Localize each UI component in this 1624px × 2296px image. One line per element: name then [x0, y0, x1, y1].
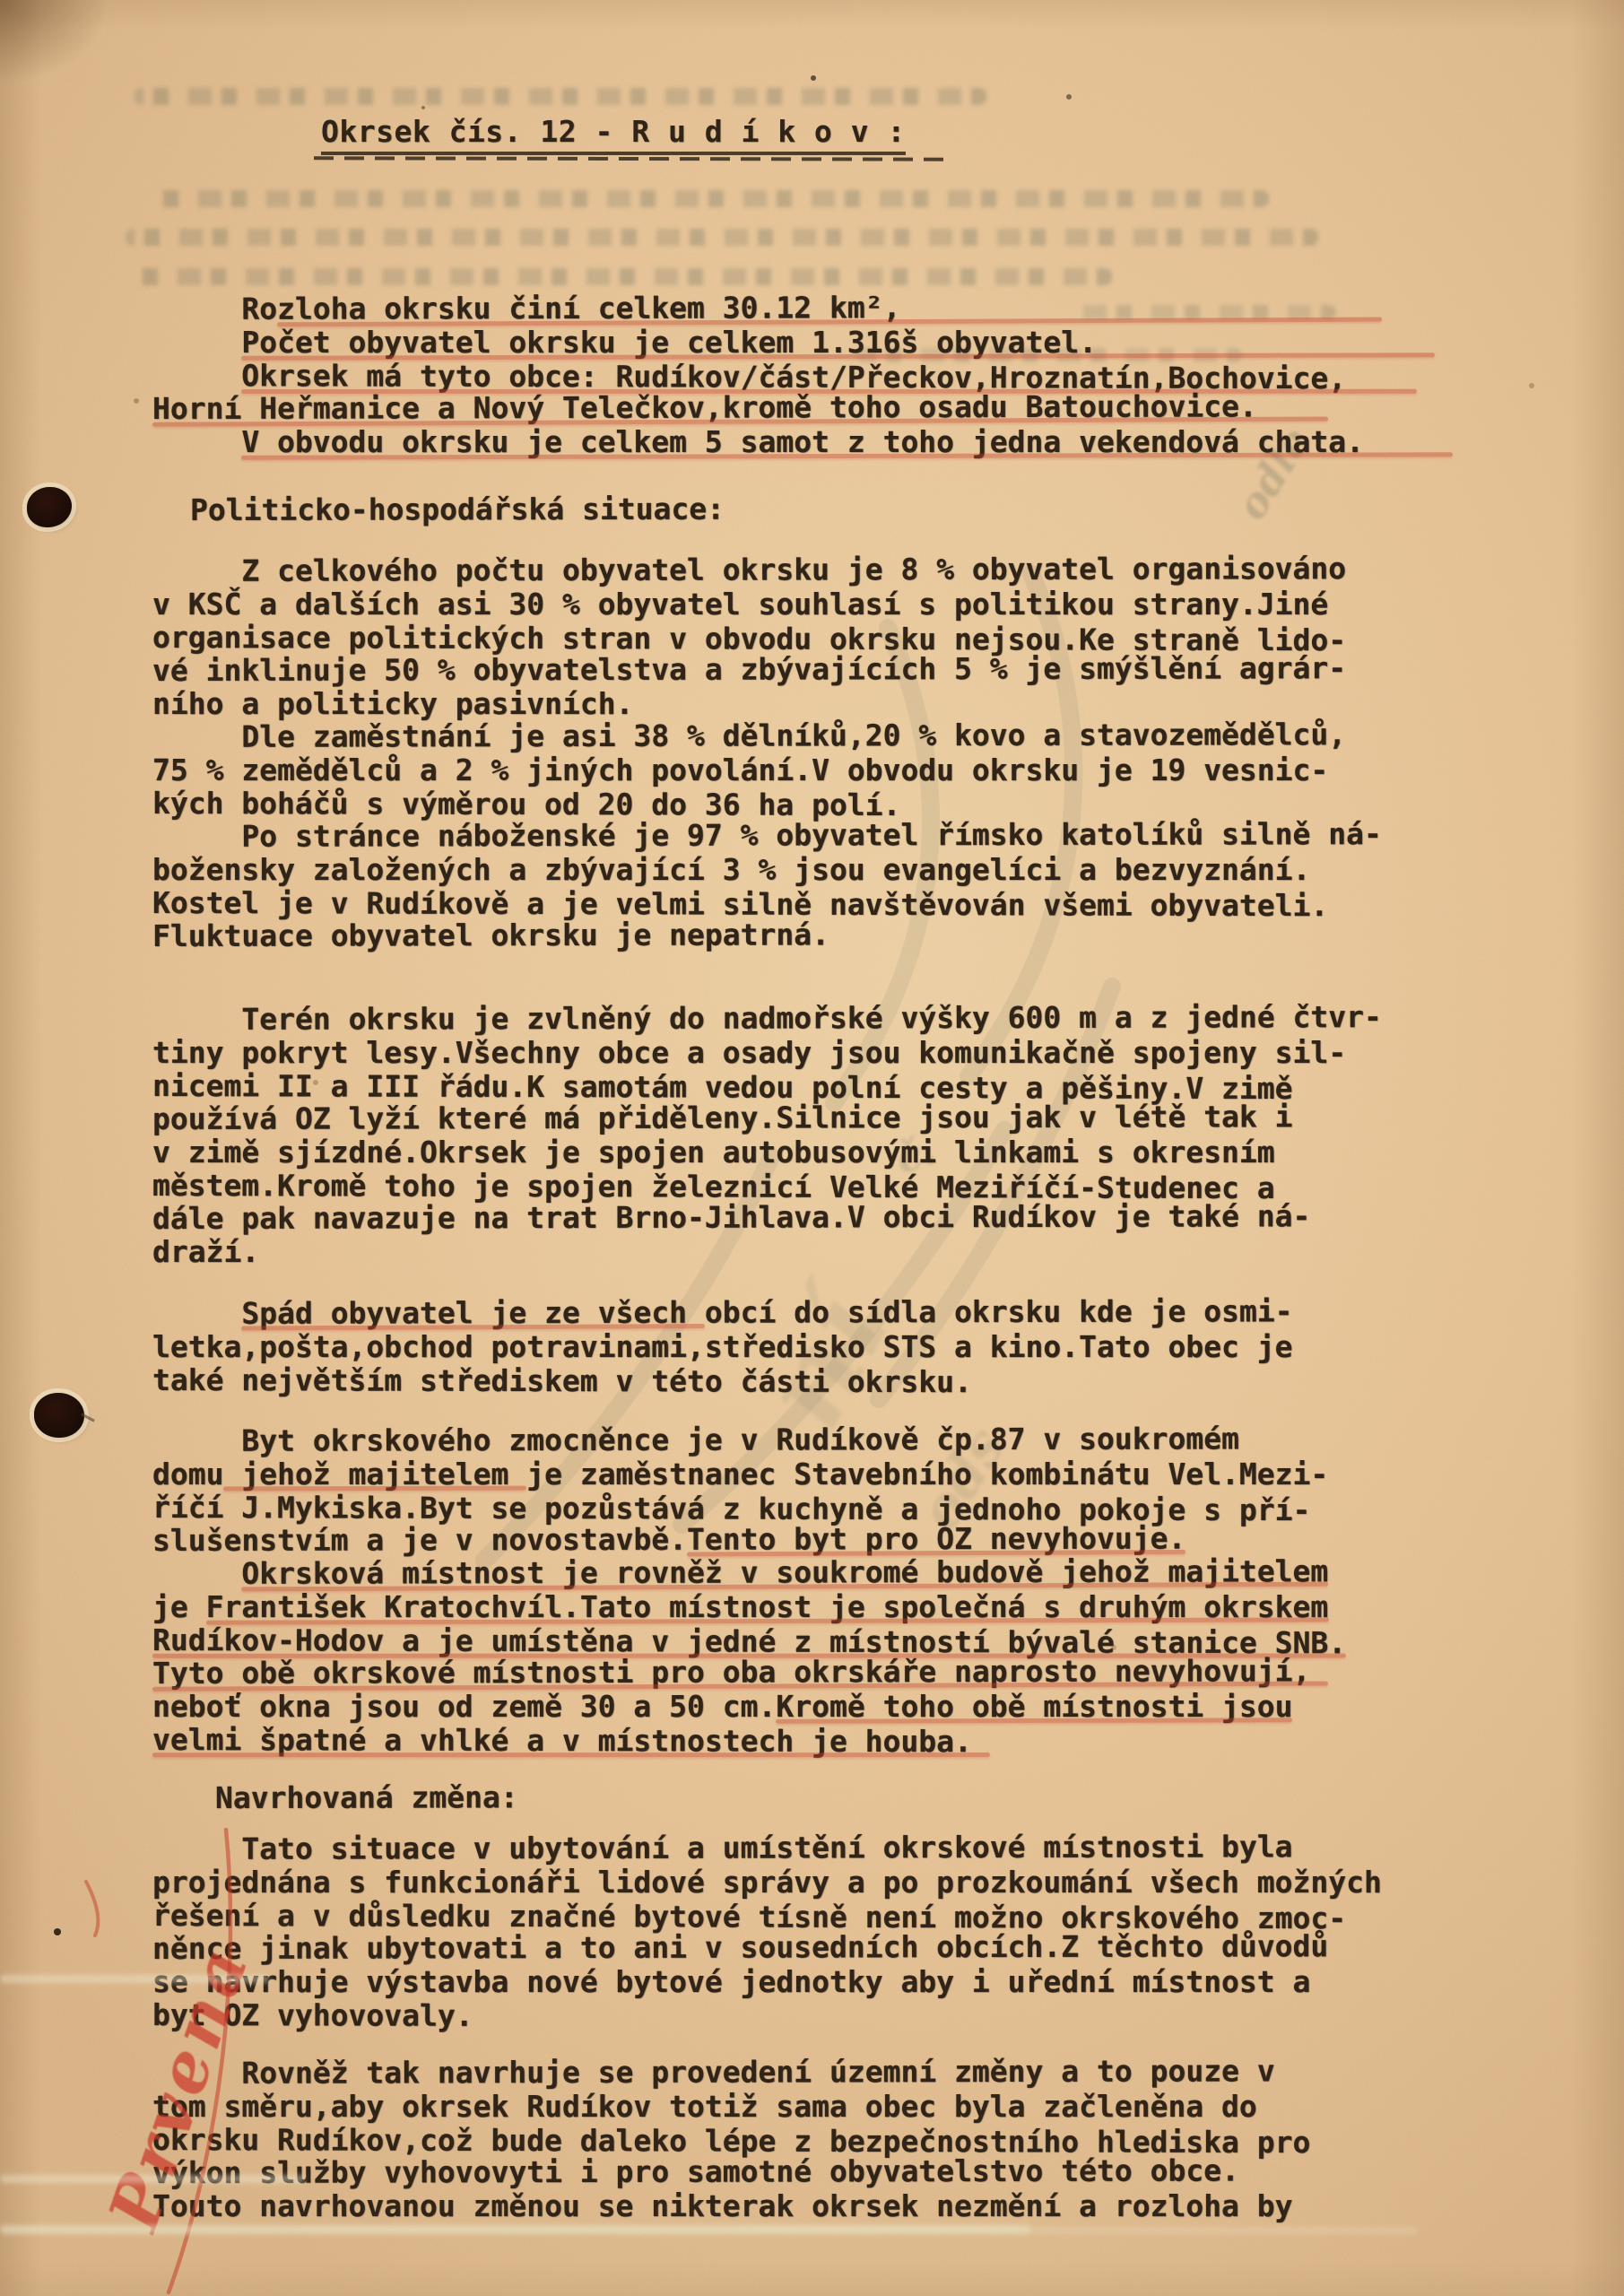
paper-specks — [0, 0, 4, 4]
text-line: Dle zaměstnání je asi 38 % dělníků,20 % … — [152, 717, 1346, 753]
document-title: Okrsek čís. 12 - R u d í k o v : — [321, 113, 906, 155]
text-line: byt OZ vyhovovaly. — [152, 1998, 1382, 2034]
text-line: Rozloha okrsku činí celkem 30.12 km², — [152, 290, 1364, 326]
text-line: ního a politicky pasivních. — [152, 687, 1346, 720]
text-line: Tyto obě okrskové místnosti pro oba okrs… — [152, 1654, 1346, 1690]
text-line: výkon služby vyhovovyti i pro samotné ob… — [152, 2153, 1310, 2189]
section-heading: Politicko-hospodářská situace: — [190, 493, 725, 526]
punch-hole — [34, 1393, 84, 1438]
text-line: velmi špatné a vhlké a v místnostech je … — [152, 1723, 1346, 1759]
text-line: Tato situace v ubytování a umístění okrs… — [152, 1830, 1382, 1865]
text-line: Fluktuace obyvatel okrsku je nepatrná. — [152, 917, 1382, 952]
text-line: projednána s funkcionáři lidové správy a… — [152, 1865, 1382, 1899]
paragraph: Spád obyvatel je ze všech obcí do sídla … — [152, 1297, 1293, 1396]
text-line: tiny pokryt lesy.Všechny obce a osady js… — [152, 1036, 1382, 1069]
text-line: něnce jinak ubytovati a to ani v sousedn… — [152, 1929, 1382, 1965]
paragraph: Rovněž tak navrhuje se provedení územní … — [152, 2057, 1310, 2222]
text-line: letka,pošta,obchod potravinami,středisko… — [152, 1330, 1293, 1363]
text-line: Z celkového počtu obyvatel okrsku je 8 %… — [152, 552, 1346, 587]
text-line: Terén okrsku je zvlněný do nadmořské výš… — [152, 1000, 1382, 1036]
text-line: dále pak navazuje na trat Brno-Jihlava.V… — [152, 1199, 1382, 1235]
text-line: také největším střediskem v této části o… — [152, 1363, 1293, 1399]
text-line: vé inklinuje 50 % obyvatelstva a zbývají… — [152, 651, 1346, 687]
text-line: Počet obyvatel okrsku je celkem 1.316š o… — [152, 326, 1364, 359]
paper-scuff — [1031, 2227, 1417, 2234]
text-line: používá OZ lyží které má přiděleny.Silni… — [152, 1100, 1382, 1135]
red-pencil-underline — [152, 1752, 990, 1757]
text-line: Po stránce náboženské je 97 % obyvatel ř… — [152, 817, 1382, 853]
text-line: V obvodu okrsku je celkem 5 samot z toho… — [152, 425, 1364, 458]
paper-scuff — [0, 1975, 269, 1983]
red-pencil-underline — [776, 1718, 1292, 1724]
paragraph: Po stránce náboženské je 97 % obyvatel ř… — [152, 820, 1382, 952]
text-line: Okrsková místnost je rovněž v soukromé b… — [152, 1554, 1346, 1590]
text-line: domu jehož majitelem je zaměstnanec Stav… — [152, 1457, 1328, 1491]
text-line: v zimě sjízdné.Okrsek je spojen autobuso… — [152, 1135, 1382, 1169]
text-line: Spád obyvatel je ze všech obcí do sídla … — [152, 1294, 1293, 1330]
text-line: 75 % zemědělců a 2 % jiných povolání.V o… — [152, 753, 1346, 787]
paper-scuff — [0, 2175, 305, 2183]
text-line: je František Kratochvíl.Tato místnost je… — [152, 1590, 1346, 1623]
text-line: slušenstvím a je v novostavbě.Tento byt … — [152, 1521, 1328, 1557]
text-line: se navrhuje výstavba nové bytové jednotk… — [152, 1965, 1382, 1998]
section-heading: Navrhovaná změna: — [215, 1781, 518, 1814]
red-pencil-underline — [241, 452, 1453, 460]
text-line: neboť okna jsou od země 30 a 50 cm.Kromě… — [152, 1690, 1346, 1723]
text-line: Byt okrskového zmocněnce je v Rudíkově č… — [152, 1422, 1328, 1457]
text-line: božensky založených a zbývající 3 % jsou… — [152, 853, 1382, 886]
text-line: Rovněž tak navrhuje se provedení územní … — [152, 2054, 1310, 2090]
text-line: tom směru,aby okrsek Rudíkov totiž sama … — [152, 2090, 1310, 2123]
paragraph: Dle zaměstnání je asi 38 % dělníků,20 % … — [152, 720, 1346, 820]
paragraph: Tato situace v ubytování a umístění okrs… — [152, 1832, 1382, 2031]
paragraph: Okrsková místnost je rovněž v soukromé b… — [152, 1557, 1346, 1756]
paragraph: Z celkového počtu obyvatel okrsku je 8 %… — [152, 554, 1346, 720]
text-line: Navrhovaná změna: — [215, 1780, 518, 1814]
document-page: odleč.níods Okrsek čís. 12 - R u d í k o… — [0, 0, 1624, 2296]
text-line: draží. — [152, 1235, 1382, 1268]
text-line: Touto navrhovanou změnou se nikterak okr… — [152, 2189, 1310, 2222]
paragraph: Byt okrskového zmocněnce je v Rudíkově č… — [152, 1424, 1328, 1557]
paper-scuff — [0, 2225, 1031, 2234]
text-line: Politicko-hospodářská situace: — [190, 492, 725, 526]
paragraph: Rozloha okrsku činí celkem 30.12 km², Po… — [152, 292, 1364, 458]
text-line: Horní Heřmanice a Nový Telečkov,kromě to… — [152, 389, 1364, 425]
paragraph: Terén okrsku je zvlněný do nadmořské výš… — [152, 1003, 1382, 1268]
text-line: v KSČ a dalších asi 30 % obyvatel souhla… — [152, 587, 1346, 621]
